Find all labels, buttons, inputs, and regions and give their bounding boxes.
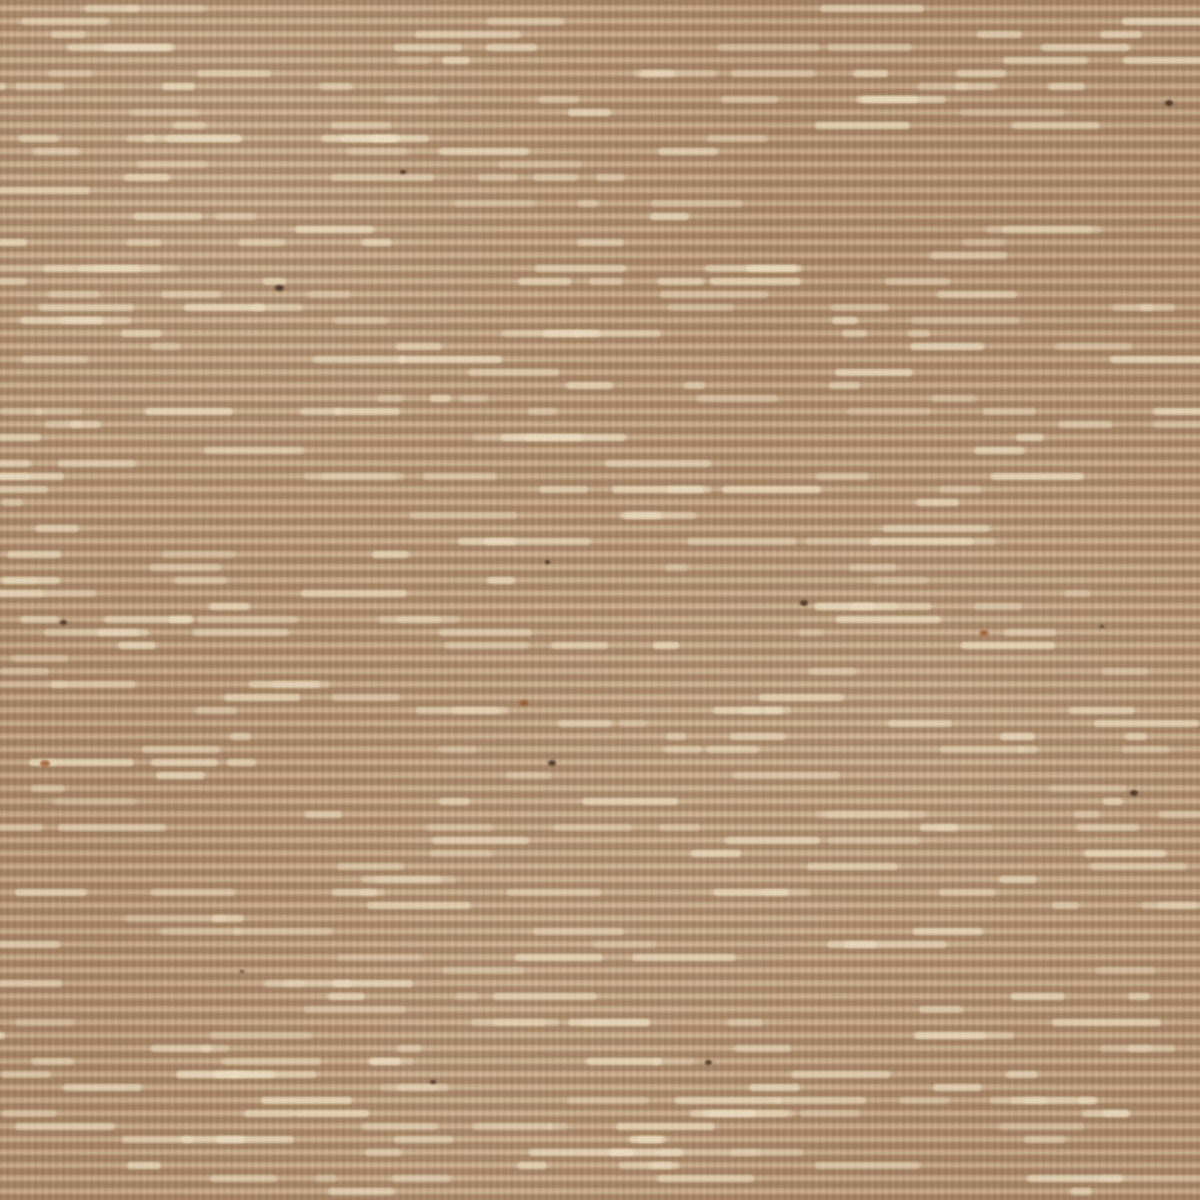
cream-streak <box>816 473 869 480</box>
cream-streak <box>1100 31 1142 38</box>
cream-streak <box>284 980 305 987</box>
cream-streak <box>937 291 1017 298</box>
cream-streak <box>815 1162 920 1169</box>
cream-streak <box>832 317 858 324</box>
cream-streak <box>493 993 597 1000</box>
cream-streak <box>972 538 996 545</box>
cream-streak <box>991 473 1084 480</box>
cream-streak <box>0 473 30 480</box>
cream-streak <box>1084 850 1166 857</box>
cream-streak <box>320 83 353 90</box>
cream-streak <box>961 642 1055 649</box>
cream-streak <box>706 746 759 753</box>
cream-streak <box>385 96 438 103</box>
cream-streak <box>730 733 786 740</box>
cream-streak <box>321 135 429 142</box>
cream-streak <box>596 174 625 181</box>
cream-streak <box>21 18 109 25</box>
cream-streak <box>776 1097 866 1104</box>
cream-streak <box>369 1058 401 1065</box>
cream-streak <box>304 473 404 480</box>
cream-streak <box>143 135 241 142</box>
cream-streak <box>251 304 303 311</box>
cream-streak <box>933 1084 982 1091</box>
cream-streak <box>849 564 897 571</box>
cream-streak <box>295 226 374 233</box>
cream-streak <box>820 5 924 12</box>
cream-streaks <box>0 0 1200 1200</box>
cream-streak <box>725 837 820 844</box>
cream-streak <box>201 1045 229 1052</box>
cream-streak <box>543 330 600 337</box>
cream-streak <box>51 31 86 38</box>
cream-streak <box>104 616 194 623</box>
cream-streak <box>1122 746 1170 753</box>
cream-streak <box>156 772 205 779</box>
cream-streak <box>1103 1110 1130 1117</box>
cream-streak <box>666 733 686 740</box>
cream-streak <box>763 707 791 714</box>
cream-streak <box>468 369 559 376</box>
cream-streak <box>97 629 149 636</box>
cream-streak <box>452 707 500 714</box>
cream-streak <box>609 1149 683 1156</box>
cream-streak <box>487 18 564 25</box>
cream-streak <box>249 681 320 688</box>
cream-streak <box>861 96 918 103</box>
cream-streak <box>502 330 581 337</box>
cream-streak <box>529 1149 634 1156</box>
cream-streak <box>960 109 1065 116</box>
cream-streak <box>334 317 388 324</box>
cream-streak <box>911 317 1019 324</box>
cream-streak <box>578 200 598 207</box>
cream-streak <box>215 213 256 220</box>
cream-streak <box>397 616 459 623</box>
cream-streak <box>67 44 171 51</box>
cream-streak <box>0 278 27 285</box>
cream-streak <box>616 1123 715 1130</box>
cream-streak <box>173 122 206 129</box>
cream-streak <box>397 1084 449 1091</box>
cream-streak <box>1099 1175 1200 1182</box>
cream-streak <box>445 642 529 649</box>
cream-streak <box>416 707 508 714</box>
fleck <box>705 1060 712 1065</box>
cream-streak <box>963 239 1005 246</box>
cream-streak <box>375 876 456 883</box>
cream-streak <box>842 330 867 337</box>
cream-streak <box>151 759 218 766</box>
cream-streak <box>939 889 996 896</box>
cream-streak <box>197 616 298 623</box>
cream-streak <box>919 1006 963 1013</box>
cream-streak <box>301 590 407 597</box>
cream-streak <box>177 1071 248 1078</box>
cream-streak <box>362 1123 438 1130</box>
cream-streak <box>517 1162 547 1169</box>
cream-streak <box>828 837 920 844</box>
cream-streak <box>501 434 583 441</box>
cream-streak <box>181 1136 245 1143</box>
cream-streak <box>230 733 251 740</box>
cream-streak <box>0 486 48 493</box>
cream-streak <box>939 486 982 493</box>
cream-streak <box>222 1058 321 1065</box>
cream-streak <box>1011 993 1065 1000</box>
cream-streak <box>2 499 23 506</box>
cream-streak <box>439 746 477 753</box>
cream-streak <box>195 707 237 714</box>
cream-streak <box>1094 720 1199 727</box>
cream-streak <box>151 343 180 350</box>
cream-streak <box>815 122 910 129</box>
fleck <box>40 760 50 767</box>
cream-streak <box>33 148 80 155</box>
cream-streak <box>528 408 557 415</box>
cream-streak <box>977 31 1022 38</box>
cream-streak <box>851 603 932 610</box>
cream-streak <box>39 304 134 311</box>
fleck <box>275 285 284 291</box>
cream-streak <box>829 382 860 389</box>
cream-streak <box>660 291 768 298</box>
cream-streak <box>333 980 413 987</box>
cream-streak <box>300 408 341 415</box>
cream-streak <box>229 1071 317 1078</box>
cream-streak <box>1064 590 1090 597</box>
cream-streak <box>426 824 493 831</box>
cream-streak <box>362 239 392 246</box>
cream-streak <box>126 135 155 142</box>
cream-streak <box>43 265 140 272</box>
cream-streak <box>913 928 983 935</box>
cream-streak <box>304 1006 406 1013</box>
cream-streak <box>827 941 877 948</box>
cream-streak <box>535 265 626 272</box>
cream-streak <box>127 1162 161 1169</box>
cream-streak <box>1048 83 1085 90</box>
cream-streak <box>687 538 796 545</box>
cream-streak <box>272 681 330 688</box>
cream-streak <box>816 603 898 610</box>
cream-streak <box>204 447 304 454</box>
cream-streak <box>130 109 199 116</box>
cream-streak <box>507 889 601 896</box>
cream-streak <box>1112 304 1153 311</box>
cream-streak <box>1027 1175 1123 1182</box>
cream-streak <box>620 512 696 519</box>
cream-streak <box>870 538 974 545</box>
cream-streak <box>1000 733 1035 740</box>
cream-streak <box>650 213 689 220</box>
cream-streak <box>713 707 783 714</box>
cream-streak <box>888 720 952 727</box>
cream-streak <box>0 265 74 272</box>
cream-streak <box>1011 1097 1095 1104</box>
cream-streak <box>882 525 990 532</box>
cream-streak <box>619 1162 673 1169</box>
cream-streak <box>12 655 68 662</box>
cream-streak <box>263 278 286 285</box>
cream-streak <box>684 382 705 389</box>
cream-streak <box>713 889 789 896</box>
cream-streak <box>321 473 396 480</box>
cream-streak <box>1003 57 1088 64</box>
fleck <box>1100 625 1104 628</box>
cream-streak <box>1100 1045 1152 1052</box>
cream-streak <box>430 850 493 857</box>
cream-streak <box>653 642 679 649</box>
cream-streak <box>0 83 6 90</box>
cream-streak <box>691 850 741 857</box>
cream-streak <box>161 291 221 298</box>
cream-streak <box>0 668 49 675</box>
fleck <box>400 170 406 174</box>
cream-streak <box>0 473 64 480</box>
cream-streak <box>1125 733 1147 740</box>
cream-streak <box>640 70 675 77</box>
cream-streak <box>337 863 404 870</box>
cream-streak <box>1016 434 1044 441</box>
cream-streak <box>439 629 532 636</box>
cream-streak <box>589 278 623 285</box>
cream-streak <box>197 70 271 77</box>
cream-streak <box>15 1123 115 1130</box>
cream-streak <box>593 941 656 948</box>
cream-streak <box>341 135 400 142</box>
cream-streak <box>398 356 502 363</box>
cream-streak <box>759 694 844 701</box>
cream-streak <box>731 70 815 77</box>
cream-streak <box>48 291 100 298</box>
cream-streak <box>454 200 535 207</box>
cream-streak <box>915 1032 1014 1039</box>
cream-streak <box>392 1175 451 1182</box>
cream-streak <box>0 187 90 194</box>
cream-streak <box>620 720 647 727</box>
fleck <box>980 630 988 636</box>
cream-streak <box>538 96 579 103</box>
cream-streak <box>657 278 704 285</box>
cream-streak <box>214 1071 275 1078</box>
cream-streak <box>721 96 778 103</box>
cream-streak <box>825 811 926 818</box>
cream-streak <box>0 1032 5 1039</box>
cream-streak <box>261 1097 352 1104</box>
cream-streak <box>216 1136 294 1143</box>
cream-streak <box>124 174 170 181</box>
cream-streak <box>0 824 43 831</box>
cream-streak <box>209 603 250 610</box>
cream-streak <box>577 239 624 246</box>
cream-streak <box>121 330 162 337</box>
cream-streak <box>632 954 736 961</box>
cream-streak <box>137 161 207 168</box>
cream-streak <box>61 317 131 324</box>
cream-streak <box>983 408 1036 415</box>
cream-streak <box>1140 304 1175 311</box>
cream-streak <box>990 1097 1047 1104</box>
cream-streak <box>553 824 632 831</box>
cream-streak <box>705 265 802 272</box>
cream-streak <box>0 460 31 467</box>
fleck <box>520 700 528 706</box>
cream-streak <box>955 83 997 90</box>
cream-streak <box>727 1019 763 1026</box>
cream-streak <box>746 265 797 272</box>
cream-streak <box>166 135 242 142</box>
cream-streak <box>675 1097 781 1104</box>
cream-streak <box>21 356 88 363</box>
cream-streak <box>423 473 497 480</box>
cream-streak <box>37 759 57 766</box>
cream-streak <box>1090 863 1187 870</box>
cream-streak <box>664 746 702 753</box>
cream-streak <box>940 746 1024 753</box>
cream-streak <box>15 83 64 90</box>
cream-streak <box>1012 122 1100 129</box>
cream-streak <box>651 200 743 207</box>
cream-streak <box>371 135 396 142</box>
cream-streak <box>1074 811 1100 818</box>
cream-streak <box>35 525 79 532</box>
dark-flecks <box>0 0 1200 1200</box>
cream-streak <box>816 811 909 818</box>
cream-streak <box>212 915 244 922</box>
cream-streak <box>1128 993 1150 1000</box>
cream-streak <box>761 889 810 896</box>
cream-streak <box>722 486 821 493</box>
cream-streak <box>332 889 377 896</box>
cream-streak <box>238 239 285 246</box>
cream-streak <box>244 1110 296 1117</box>
cream-streak <box>396 343 442 350</box>
cream-streak <box>856 96 946 103</box>
fleck <box>430 1080 436 1084</box>
cream-streak <box>697 395 778 402</box>
cream-streak <box>7 551 61 558</box>
cream-streak <box>558 720 612 727</box>
cream-streak <box>145 408 233 415</box>
cream-streak <box>328 993 365 1000</box>
cream-streak <box>1049 785 1126 792</box>
cream-streak <box>439 148 529 155</box>
cream-streak <box>741 707 761 714</box>
cream-streak <box>442 57 470 64</box>
cream-streak <box>0 590 96 597</box>
cream-streak <box>1077 1097 1098 1104</box>
cream-streak <box>974 603 1022 610</box>
cream-streak <box>473 1123 553 1130</box>
cream-streak <box>381 1084 437 1091</box>
cream-streak <box>974 447 1025 454</box>
cream-streak <box>657 1175 754 1182</box>
cream-streak <box>415 31 521 38</box>
cream-streak <box>1070 1188 1092 1195</box>
cream-streak <box>1103 798 1123 805</box>
fleck <box>60 620 67 625</box>
cream-streak <box>0 408 43 415</box>
cream-streak <box>224 694 300 701</box>
cream-streak <box>494 1019 546 1026</box>
cream-streak <box>831 304 889 311</box>
cream-streak <box>377 395 403 402</box>
cream-streak <box>573 330 661 337</box>
cream-streak <box>430 395 451 402</box>
cream-streak <box>365 1149 402 1156</box>
cream-streak <box>703 1110 788 1117</box>
fleck <box>240 970 244 973</box>
cream-streak <box>734 1045 791 1052</box>
cream-streak <box>1153 421 1200 428</box>
cream-streak <box>372 551 409 558</box>
cream-streak <box>2 1110 57 1117</box>
cream-streak <box>567 1097 648 1104</box>
cream-streak <box>1159 811 1200 818</box>
cream-streak <box>125 915 227 922</box>
cream-streak <box>805 538 879 545</box>
cream-streak <box>1153 408 1200 415</box>
cream-streak <box>533 928 624 935</box>
cream-streak <box>999 876 1037 883</box>
cream-streak <box>442 967 524 974</box>
cream-streak <box>458 538 516 545</box>
cream-streak <box>853 70 888 77</box>
cream-streak <box>19 135 59 142</box>
cream-streak <box>486 44 537 51</box>
cream-streak <box>394 1136 453 1143</box>
cream-streak <box>1102 668 1148 675</box>
cream-streak <box>885 278 950 285</box>
cream-streak <box>473 434 530 441</box>
cream-streak <box>629 1136 663 1143</box>
cream-streak <box>836 616 941 623</box>
cream-streak <box>369 1058 414 1065</box>
cream-streak <box>1141 902 1197 909</box>
cream-streak <box>0 577 38 584</box>
cream-streak <box>605 460 711 467</box>
cream-streak <box>15 889 87 896</box>
cream-streak <box>397 57 431 64</box>
cream-streak <box>432 837 529 844</box>
cream-streak <box>515 954 603 961</box>
cream-streak <box>210 1032 312 1039</box>
cream-streak <box>586 1058 662 1065</box>
cream-streak <box>659 824 700 831</box>
cream-streak <box>45 421 82 428</box>
cream-streak <box>1 1071 51 1078</box>
cream-streak <box>32 1058 74 1065</box>
cream-streak <box>0 239 27 246</box>
cream-streak <box>48 70 93 77</box>
cream-streak <box>332 694 400 701</box>
cream-streak <box>295 1110 369 1117</box>
cream-streak <box>0 980 62 987</box>
cream-streak <box>305 811 342 818</box>
cream-streak <box>151 1045 212 1052</box>
cream-streak <box>800 1110 860 1117</box>
cream-streak <box>498 161 582 168</box>
cream-streak <box>15 1019 74 1026</box>
cream-streak <box>668 304 734 311</box>
cream-streak <box>930 252 1007 259</box>
cream-streak <box>1024 1136 1066 1143</box>
cream-streak <box>169 616 192 623</box>
cream-streak <box>582 1019 650 1026</box>
cream-streak <box>1123 57 1200 64</box>
cream-streak <box>920 824 958 831</box>
